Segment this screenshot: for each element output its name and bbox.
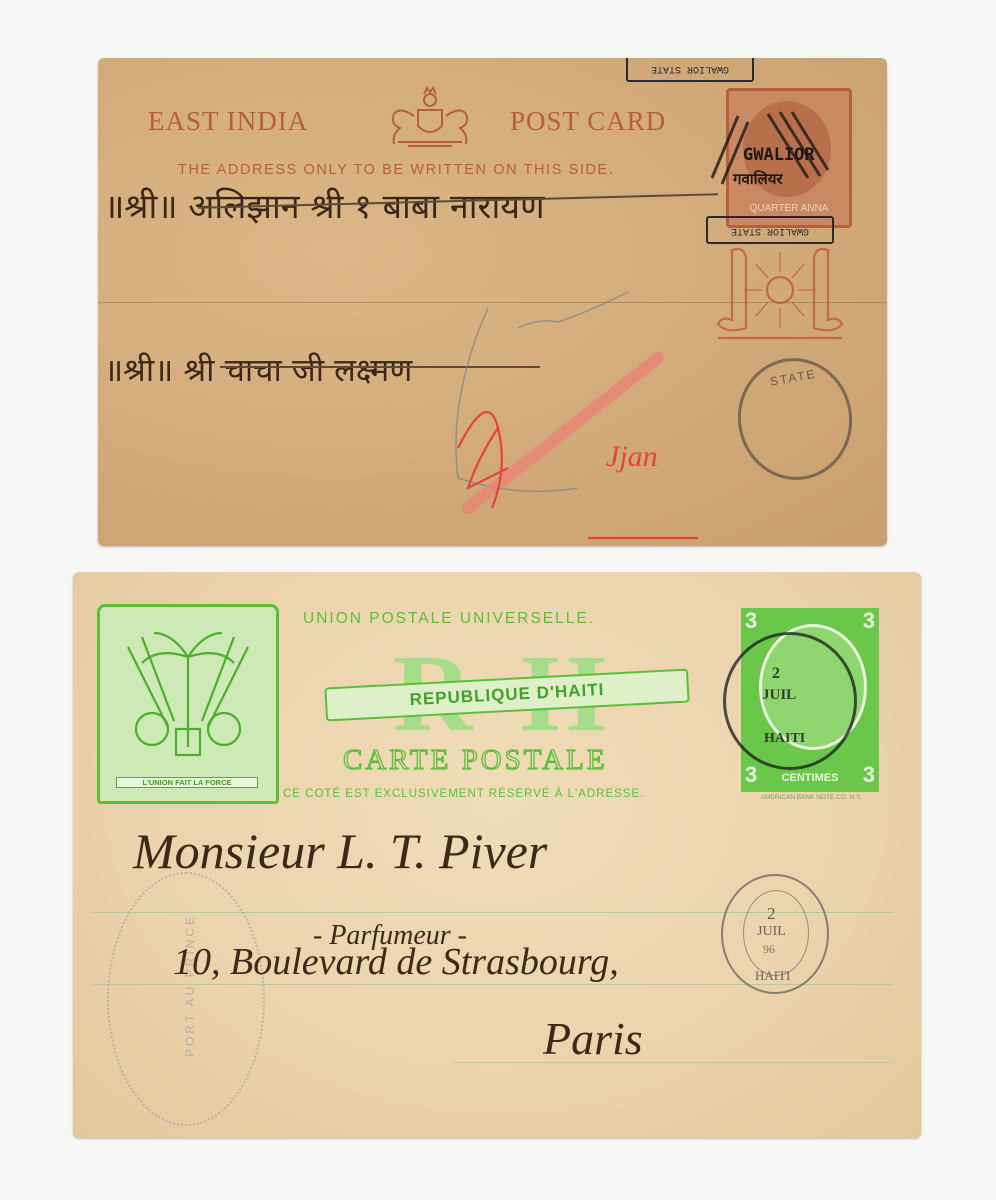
red-handwritten-annotation: Jjan: [606, 440, 658, 474]
royal-coat-of-arms-icon: [378, 80, 482, 152]
postmark-year: 96: [763, 942, 775, 957]
boxed-cancel-bottom: GWALIOR STATE: [706, 216, 834, 244]
address-side-notice: CE COTÉ EST EXCLUSIVEMENT RÉSERVÉ À L'AD…: [283, 788, 644, 800]
address-line-city: Paris: [543, 1012, 643, 1065]
stamp-value-bottom-left: 3: [745, 762, 757, 788]
port-au-prince-postmark: 2 JUIL 96 HAITI: [721, 874, 829, 994]
stamp-printer-imprint: AMERICAN BANK NOTE CO. N.Y.: [741, 794, 881, 801]
postmark-day: 2: [772, 665, 780, 683]
oval-cachet: PORT AU PRINCE: [107, 872, 265, 1126]
address-instruction: THE ADDRESS ONLY TO BE WRITTEN ON THIS S…: [178, 162, 614, 178]
stamp-postmark: 2 JUIL HAITI: [723, 632, 857, 770]
carte-postale-title: CARTE POSTALE: [343, 744, 608, 777]
haiti-postcard: L'UNION FAIT LA FORCE UNION POSTALE UNIV…: [73, 572, 921, 1138]
postmark-country: HAITI: [764, 731, 805, 747]
pencil-and-red-annotations-icon: [358, 248, 798, 546]
upu-header: UNION POSTALE UNIVERSELLE.: [303, 610, 595, 628]
postmark-day: 2: [767, 904, 776, 924]
address-rule-3: [453, 1062, 893, 1063]
address-line-street: 10, Boulevard de Strasbourg,: [173, 940, 619, 984]
postmark-month: JUIL: [762, 687, 796, 704]
boxed-cancel-top: GWALIOR STATE: [626, 58, 754, 82]
stamp-value-bottom-right: 3: [863, 762, 875, 788]
postmark-month: JUIL: [757, 924, 786, 940]
stamp-denomination: QUARTER ANNA: [735, 203, 843, 214]
emblem-motto: L'UNION FAIT LA FORCE: [116, 777, 258, 788]
stamp-value-top-left: 3: [745, 608, 757, 634]
card-heading-left: EAST INDIA: [148, 106, 308, 137]
stamp-value-top-right: 3: [863, 608, 875, 634]
east-india-postcard: EAST INDIA POST CARD THE ADDRESS ONLY TO…: [98, 58, 887, 546]
palm-tree-cannons-icon: [108, 617, 268, 767]
postmark-country: HAITI: [755, 968, 790, 984]
card-heading-right: POST CARD: [510, 106, 666, 137]
address-line-recipient: Monsieur L. T. Piver: [133, 822, 547, 880]
stamp-denomination: CENTIMES: [769, 772, 851, 784]
haiti-coat-of-arms: L'UNION FAIT LA FORCE: [97, 604, 279, 804]
obliterator-cancel-icon: [708, 108, 848, 188]
oval-cachet-text: PORT AU PRINCE: [183, 914, 197, 1057]
